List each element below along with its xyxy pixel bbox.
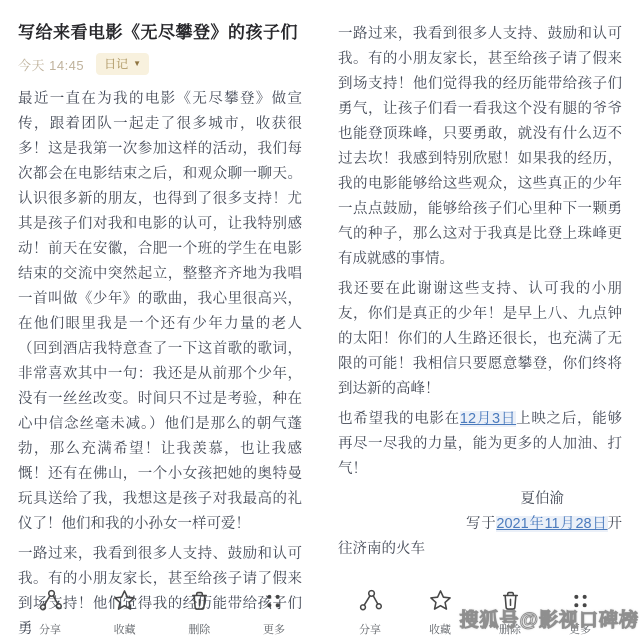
- note-body-right: 一路过来，我看到很多人支持、鼓励和认可我。有的小朋友家长，甚至给孩子请了假来到场…: [338, 0, 622, 562]
- share-icon: [38, 588, 63, 618]
- paragraph: 最近一直在为我的电影《无尽攀登》做宣传，跟着团队一起走了很多城市，收获很多！这是…: [18, 87, 302, 537]
- star-icon: [112, 588, 137, 618]
- paragraph: 一路过来，我看到很多人支持、鼓励和认可我。有的小朋友家长，甚至给孩子请了假来到场…: [338, 22, 622, 272]
- note-page-right: 一路过来，我看到很多人支持、鼓励和认可我。有的小朋友家长，甚至给孩子请了假来到场…: [338, 0, 622, 567]
- share-button[interactable]: 分享: [26, 588, 74, 637]
- note-body-left: 最近一直在为我的电影《无尽攀登》做宣传，跟着团队一起走了很多城市，收获很多！这是…: [18, 87, 302, 641]
- favorite-label: 收藏: [429, 621, 451, 637]
- category-tag-dropdown[interactable]: 日记 ▼: [96, 53, 149, 75]
- watermark: 搜狐号@影视口碑榜: [459, 605, 639, 632]
- share-label: 分享: [39, 621, 61, 637]
- bottom-toolbar-left: 分享 收藏 删除 更多: [26, 588, 298, 637]
- release-text-prefix: 也希望我的电影在: [338, 411, 460, 427]
- note-timestamp: 今天 14:45: [18, 55, 84, 74]
- more-label: 更多: [263, 621, 285, 637]
- share-label: 分享: [359, 621, 381, 637]
- written-on-line: 写于2021年11月28日开往济南的火车: [338, 512, 622, 562]
- more-button[interactable]: 更多: [250, 588, 298, 637]
- star-icon: [428, 588, 453, 618]
- delete-button[interactable]: 删除: [175, 588, 223, 637]
- chevron-down-icon: ▼: [133, 59, 141, 68]
- delete-label: 删除: [188, 621, 210, 637]
- note-meta-row: 今天 14:45 日记 ▼: [18, 53, 302, 75]
- favorite-button[interactable]: 收藏: [416, 588, 464, 637]
- signature: 夏伯渝: [338, 487, 622, 512]
- page-title: 写给来看电影《无尽攀登》的孩子们: [18, 18, 302, 43]
- share-button[interactable]: 分享: [346, 588, 394, 637]
- release-date-link[interactable]: 12月3日: [460, 411, 516, 427]
- share-icon: [358, 588, 383, 618]
- written-text-prefix: 写于: [466, 516, 496, 532]
- trash-icon: [187, 588, 212, 618]
- favorite-button[interactable]: 收藏: [101, 588, 149, 637]
- more-dots-icon: [261, 588, 286, 618]
- category-tag-label: 日记: [104, 55, 128, 72]
- favorite-label: 收藏: [114, 621, 136, 637]
- paragraph: 也希望我的电影在12月3日上映之后，能够再尽一尽我的力量，能为更多的人加油、打气…: [338, 407, 622, 482]
- written-date-link[interactable]: 2021年11月28日: [496, 516, 607, 532]
- note-page-left: 写给来看电影《无尽攀登》的孩子们 今天 14:45 日记 ▼ 最近一直在为我的电…: [18, 0, 302, 641]
- paragraph: 我还要在此谢谢这些支持、认可我的小朋友，你们是真正的少年！是早上八、九点钟的太阳…: [338, 277, 622, 402]
